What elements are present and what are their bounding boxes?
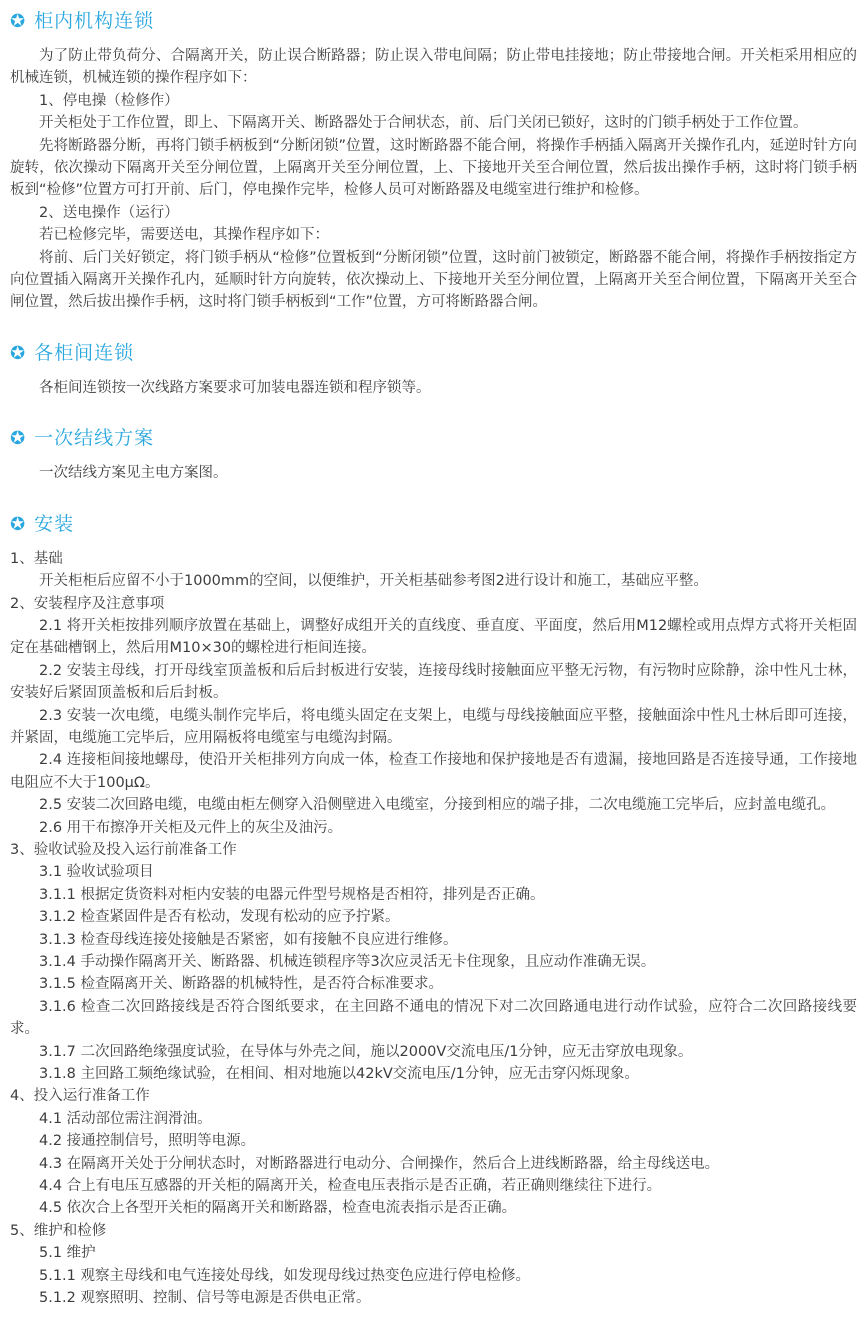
paragraph: 3.1.8 主回路工频绝缘试验，在相间、相对地施以42kV交流电压/1分钟，应无…	[10, 1063, 857, 1085]
section-heading: ✪安装	[10, 511, 857, 537]
paragraph: 将前、后门关好锁定，将门锁手柄从“检修”位置板到“分断闭锁”位置，这时前门被锁定…	[10, 247, 857, 314]
paragraph: 一次结线方案见主电方案图。	[10, 462, 857, 484]
paragraph: 3.1 验收试验项目	[10, 861, 857, 883]
paragraph: 开关柜柜后应留不小于1000mm的空间，以便维护，开关柜基础参考图2进行设计和施…	[10, 570, 857, 592]
paragraph: 5.1.2 观察照明、控制、信号等电源是否供电正常。	[10, 1287, 857, 1309]
paragraph: 4.1 活动部位需注润滑油。	[10, 1108, 857, 1130]
paragraph: 3.1.6 检查二次回路接线是否符合图纸要求，在主回路不通电的情况下对二次回路通…	[10, 996, 857, 1041]
section-title: 柜内机构连锁	[34, 8, 154, 34]
paragraph: 5.1 维护	[10, 1242, 857, 1264]
paragraph: 3.1.3 检查母线连接处接触是否紧密，如有接触不良应进行维修。	[10, 929, 857, 951]
paragraph: 5、维护和检修	[10, 1220, 857, 1242]
paragraph: 1、停电操（检修作）	[10, 90, 857, 112]
paragraph: 4.5 依次合上各型开关柜的隔离开关和断路器，检查电流表指示是否正确。	[10, 1197, 857, 1219]
document-body: ✪柜内机构连锁为了防止带负荷分、合隔离开关，防止误合断路器；防止误入带电间隔；防…	[0, 0, 867, 1328]
circled-star-icon: ✪	[10, 345, 25, 363]
section-title: 安装	[34, 511, 74, 537]
paragraph: 2.4 连接柜间接地螺母，使沿开关柜排列方向成一体，检查工作接地和保护接地是否有…	[10, 749, 857, 794]
section: ✪安装1、基础开关柜柜后应留不小于1000mm的空间，以便维护，开关柜基础参考图…	[10, 511, 857, 1310]
paragraph: 2.3 安装一次电缆，电缆头制作完毕后，将电缆头固定在支架上，电缆与母线接触面应…	[10, 705, 857, 750]
section-heading: ✪各柜间连锁	[10, 340, 857, 366]
paragraph: 2.2 安装主母线，打开母线室顶盖板和后后封板进行安装，连接母线时接触面应平整无…	[10, 660, 857, 705]
section-heading: ✪柜内机构连锁	[10, 8, 857, 34]
paragraph: 4.3 在隔离开关处于分闸状态时，对断路器进行电动分、合闸操作，然后合上进线断路…	[10, 1153, 857, 1175]
paragraph: 2、送电操作（运行）	[10, 202, 857, 224]
paragraph: 各柜间连锁按一次线路方案要求可加装电器连锁和程序锁等。	[10, 377, 857, 399]
section-heading: ✪一次结线方案	[10, 425, 857, 451]
section: ✪柜内机构连锁为了防止带负荷分、合隔离开关，防止误合断路器；防止误入带电间隔；防…	[10, 8, 857, 314]
paragraph: 1、基础	[10, 548, 857, 570]
paragraph: 先将断路器分断，再将门锁手柄板到“分断闭锁”位置，这时断路器不能合闸，将操作手柄…	[10, 135, 857, 202]
paragraph: 开关柜处于工作位置，即上、下隔离开关、断路器处于合闸状态，前、后门关闭已锁好，这…	[10, 112, 857, 134]
paragraph: 3.1.7 二次回路绝缘强度试验，在导体与外壳之间，施以2000V交流电压/1分…	[10, 1041, 857, 1063]
paragraph: 2.6 用干布擦净开关柜及元件上的灰尘及油污。	[10, 817, 857, 839]
circled-star-icon: ✪	[10, 13, 25, 31]
paragraph: 3.1.4 手动操作隔离开关、断路器、机械连锁程序等3次应灵活无卡住现象，且应动…	[10, 951, 857, 973]
circled-star-icon: ✪	[10, 430, 25, 448]
paragraph: 2.5 安装二次回路电缆，电缆由柜左侧穿入沿侧壁进入电缆室，分接到相应的端子排，…	[10, 794, 857, 816]
section-title: 各柜间连锁	[34, 340, 134, 366]
circled-star-icon: ✪	[10, 516, 25, 534]
paragraph: 2、安装程序及注意事项	[10, 593, 857, 615]
section-title: 一次结线方案	[34, 425, 154, 451]
paragraph: 3.1.2 检查紧固件是否有松动，发现有松动的应予拧紧。	[10, 906, 857, 928]
paragraph: 3、验收试验及投入运行前准备工作	[10, 839, 857, 861]
section: ✪各柜间连锁各柜间连锁按一次线路方案要求可加装电器连锁和程序锁等。	[10, 340, 857, 399]
section: ✪一次结线方案一次结线方案见主电方案图。	[10, 425, 857, 484]
paragraph: 4.2 接通控制信号，照明等电源。	[10, 1130, 857, 1152]
paragraph: 4、投入运行准备工作	[10, 1085, 857, 1107]
paragraph: 为了防止带负荷分、合隔离开关，防止误合断路器；防止误入带电间隔；防止带电挂接地；…	[10, 45, 857, 90]
paragraph: 3.1.5 检查隔离开关、断路器的机械特性，是否符合标准要求。	[10, 973, 857, 995]
paragraph: 5.1.1 观察主母线和电气连接处母线，如发现母线过热变色应进行停电检修。	[10, 1265, 857, 1287]
paragraph: 2.1 将开关柜按排列顺序放置在基础上，调整好成组开关的直线度、垂直度、平面度，…	[10, 615, 857, 660]
paragraph: 若已检修完毕，需要送电，其操作程序如下：	[10, 224, 857, 246]
paragraph: 3.1.1 根据定货资料对柜内安装的电器元件型号规格是否相符，排列是否正确。	[10, 884, 857, 906]
paragraph: 4.4 合上有电压互感器的开关柜的隔离开关，检查电压表指示是否正确，若正确则继续…	[10, 1175, 857, 1197]
